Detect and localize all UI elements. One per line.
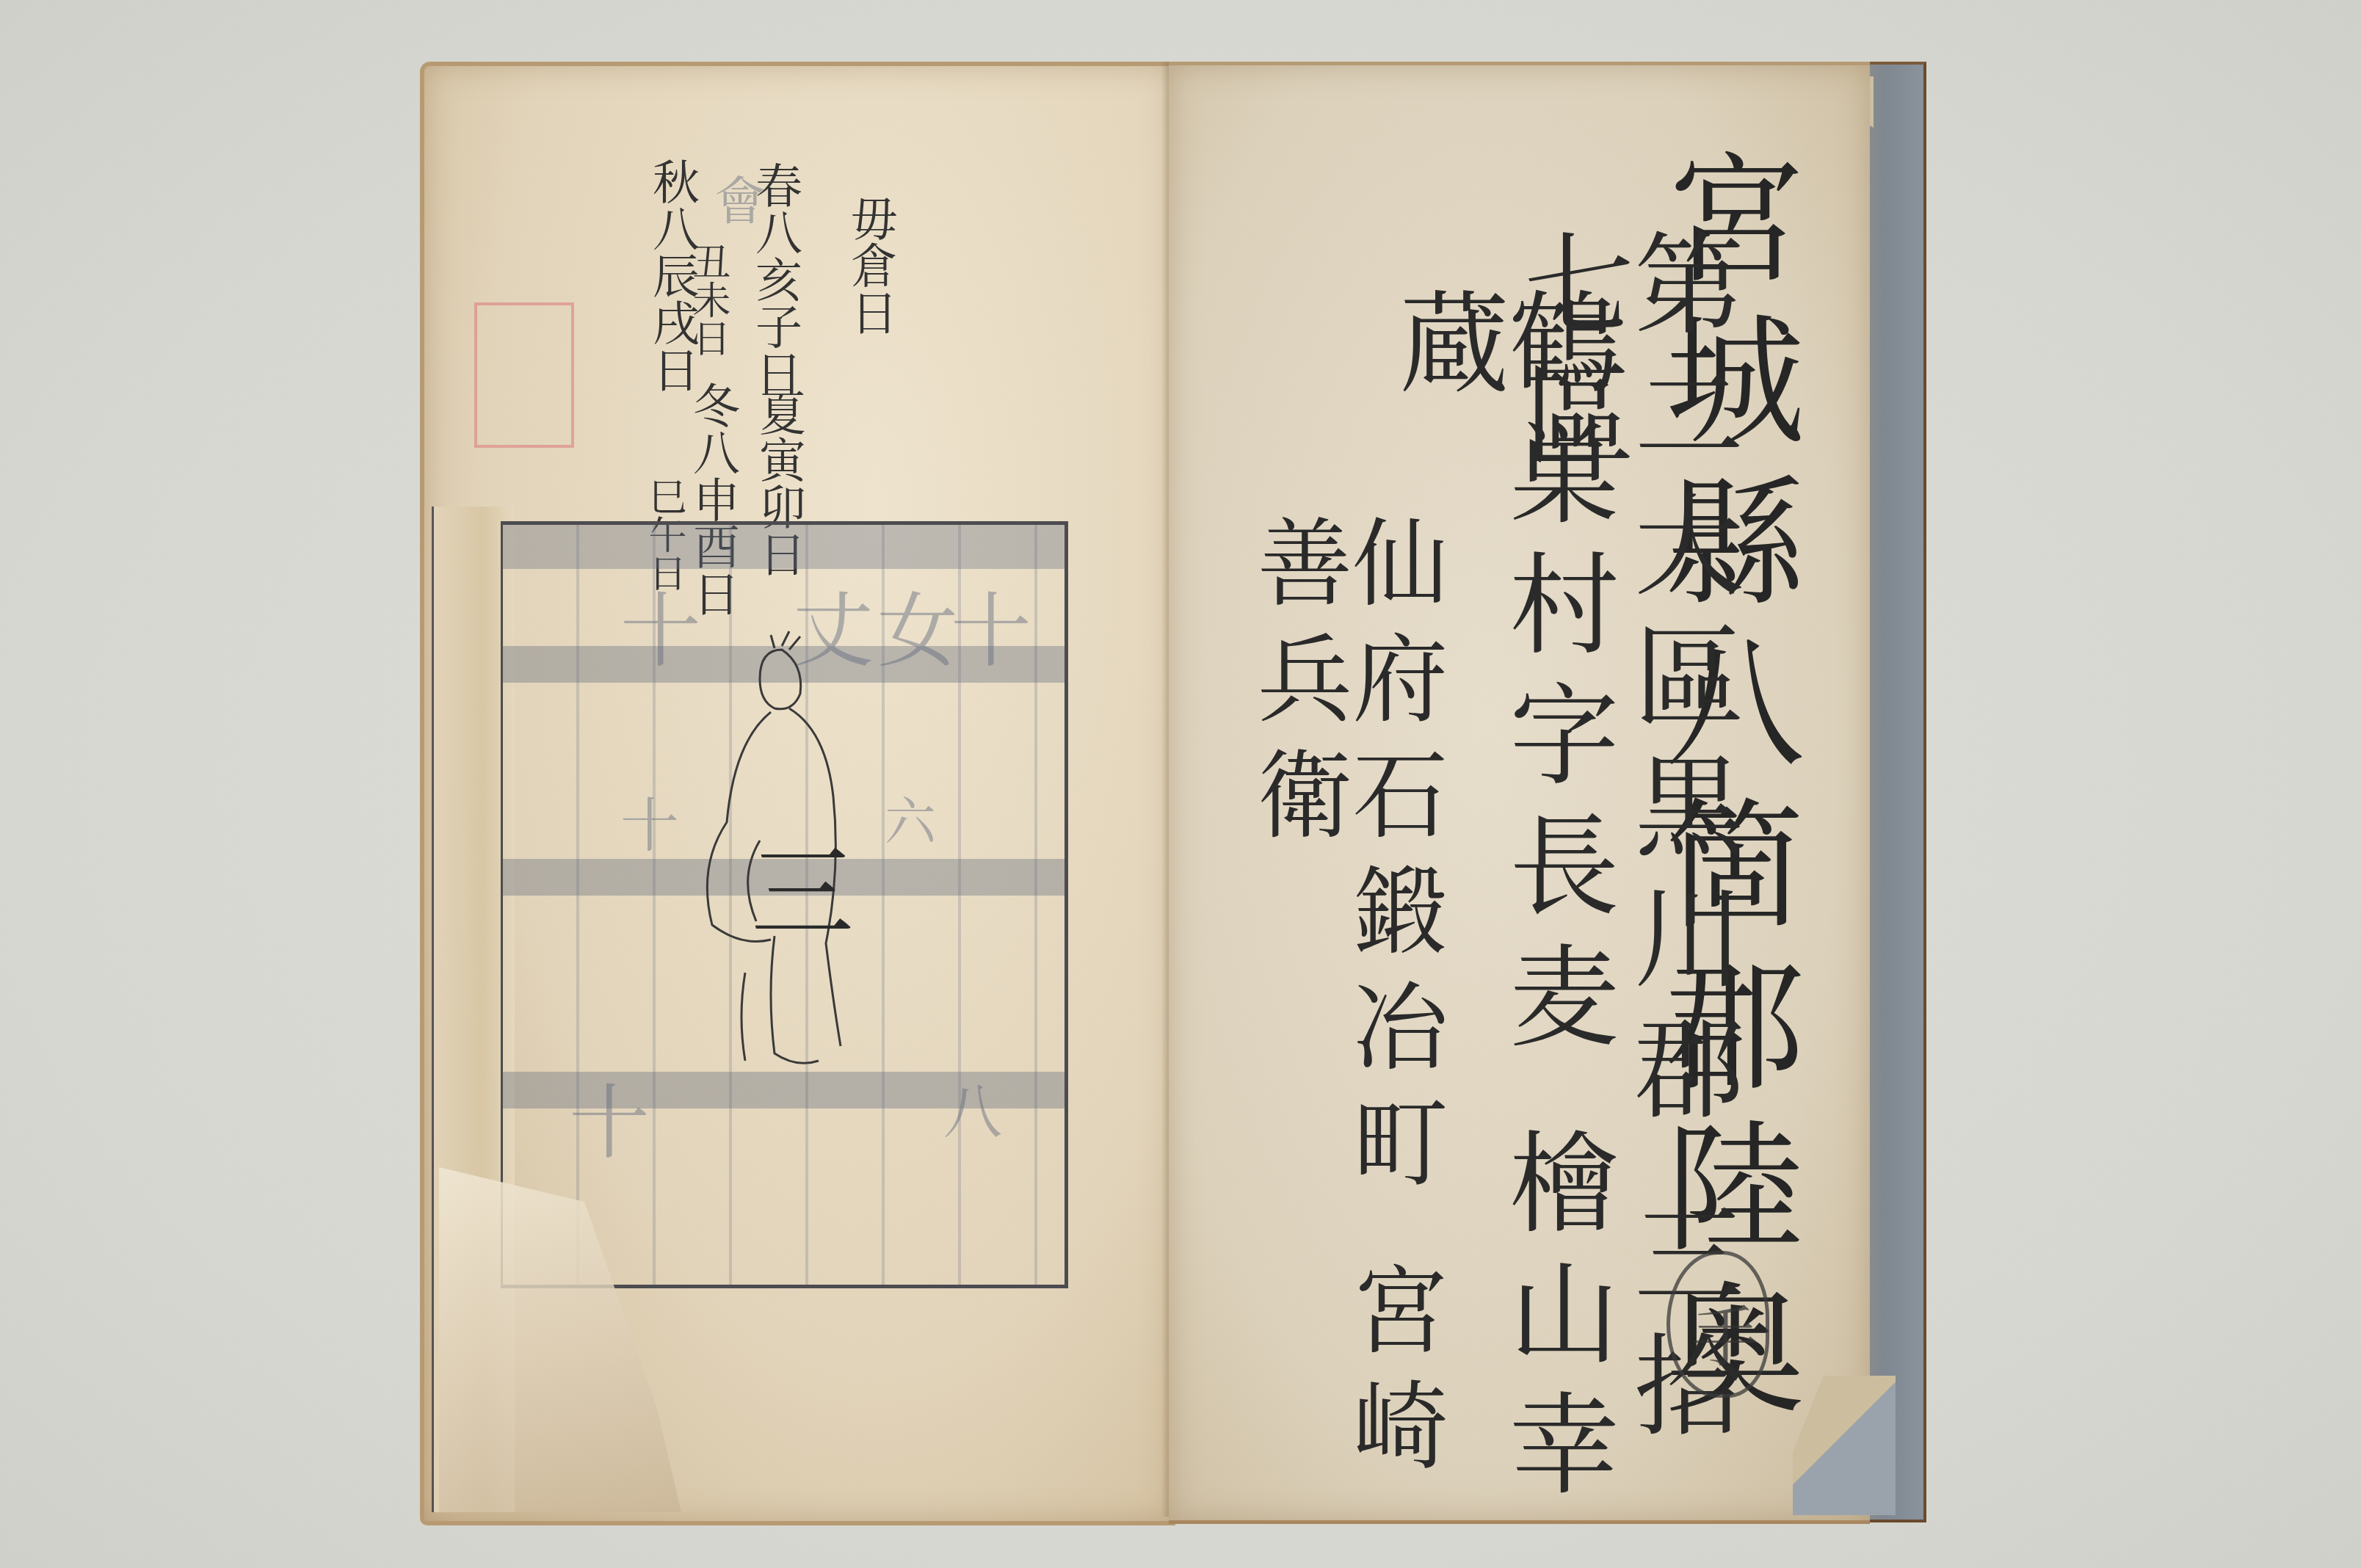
- seal-glyph: 手: [1692, 1284, 1758, 1379]
- faded-red-seal: [474, 302, 574, 448]
- table-glyph: 六: [885, 796, 936, 848]
- calligraphy-column-4: 仙府石鍛冶町 宮崎善兵衛: [1250, 513, 1440, 1520]
- note-autumn-sub: 丑未日: [689, 242, 727, 357]
- table-header-band: [503, 525, 1065, 569]
- table-glyph: 十: [569, 1083, 650, 1164]
- note-spring-column: 春八亥子日: [751, 161, 798, 396]
- handwritten-number-three: 三: [751, 811, 854, 959]
- table-glyph: 十: [951, 591, 1031, 672]
- note-right-column: 毋倉日: [846, 195, 893, 335]
- table-glyph: 女: [877, 591, 958, 672]
- table-glyph: 十: [620, 796, 679, 855]
- left-page: 會 毋倉日 春八亥子日 夏寅卯日 秋八辰戌日 丑未日 冬八申酉日 巳午日 十 女…: [420, 62, 1175, 1525]
- open-book: 會 毋倉日 春八亥子日 夏寅卯日 秋八辰戌日 丑未日 冬八申酉日 巳午日 十 女…: [420, 62, 1923, 1517]
- handwritten-seal-mark: 手: [1667, 1251, 1769, 1398]
- table-glyph: 八: [943, 1083, 1002, 1141]
